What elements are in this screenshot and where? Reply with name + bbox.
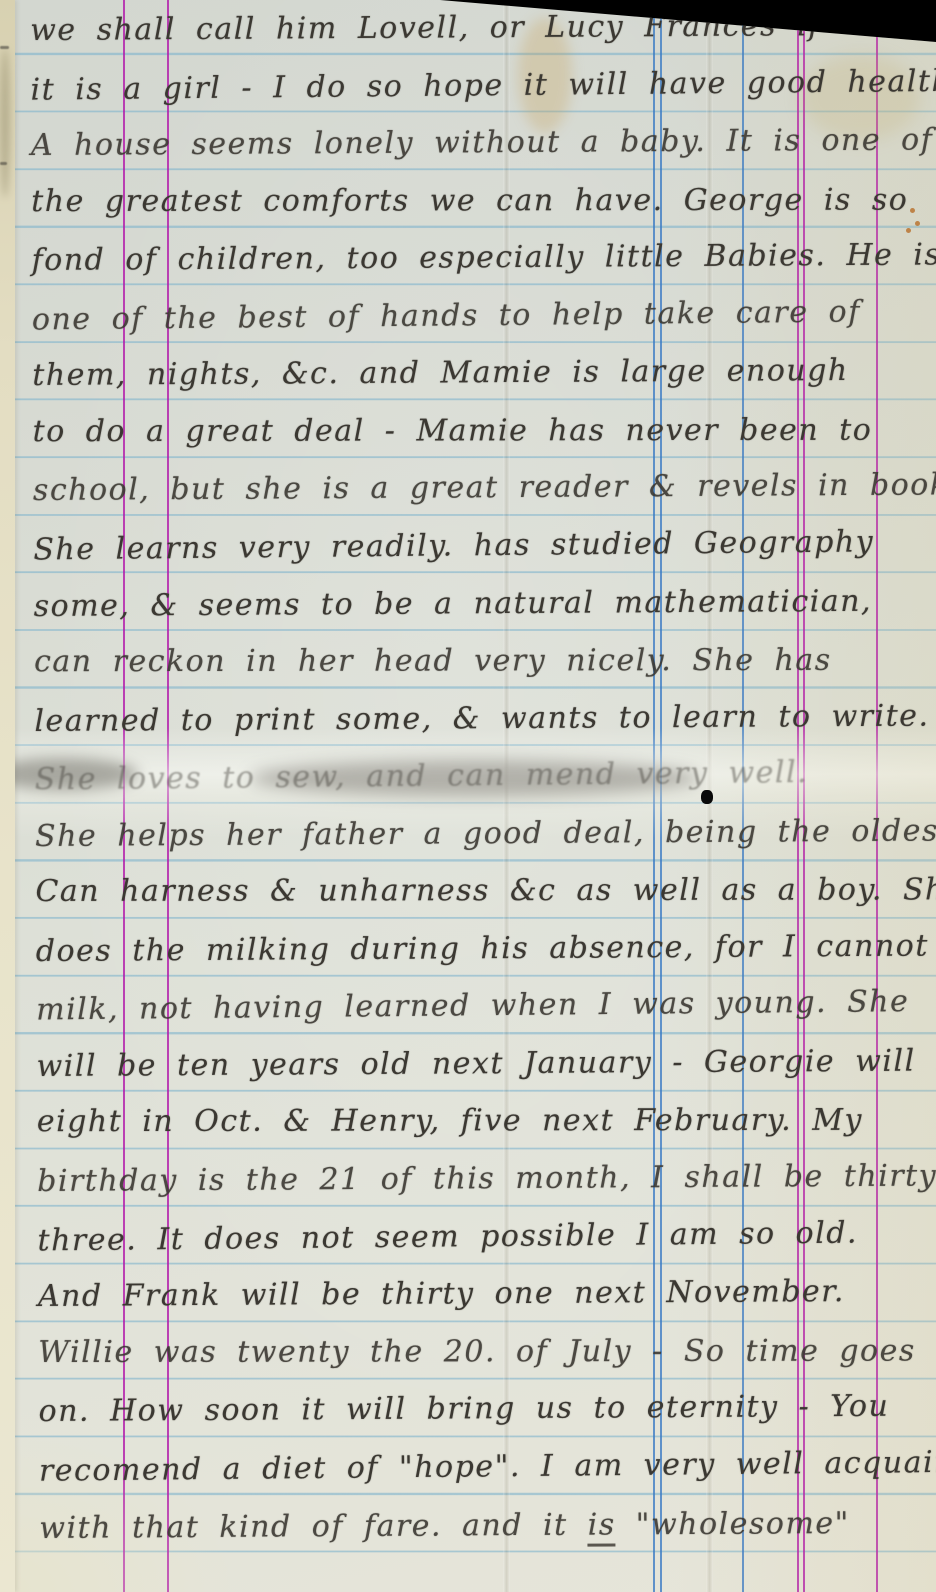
handwritten-line-9: school, but she is a great reader & reve…: [33, 469, 936, 508]
last-line-post: "wholesome": [616, 1506, 850, 1542]
handwritten-line-14: She loves to sew, and can mend very well…: [35, 756, 809, 796]
last-line-pre: with that kind of fare. and it: [39, 1508, 588, 1546]
handwritten-line-24: Willie was twenty the 20. of July - So t…: [38, 1334, 916, 1369]
handwritten-line-7: them, nights, &c. and Mamie is large eno…: [32, 354, 849, 392]
handwritten-line-11: some, & seems to be a natural mathematic…: [34, 584, 873, 622]
handwritten-line-5: fond of children, too especially little …: [31, 239, 936, 278]
handwritten-line-22: three. It does not seem possible I am so…: [37, 1216, 858, 1257]
last-line-underlined-word: is: [588, 1507, 616, 1546]
handwritten-line-3: A house seems lonely without a baby. It …: [31, 124, 934, 163]
handwritten-line-13: learned to print some, & wants to learn …: [34, 699, 929, 737]
stray-ink-mark-2: [0, 162, 7, 165]
handwritten-line-17: does the milking during his absence, for…: [36, 929, 929, 967]
handwritten-line-16: Can harness & unharness &c as well as a …: [35, 874, 936, 909]
handwritten-line-8: to do a great deal - Mamie has never bee…: [33, 414, 873, 448]
handwritten-line-23: And Frank will be thirty one next Novemb…: [38, 1275, 845, 1313]
handwritten-line-15: She helps her father a good deal, being …: [35, 814, 936, 853]
letter-paper: we shall call him Lovell, or Lucy France…: [0, 0, 936, 1592]
handwritten-line-19: will be ten years old next January - Geo…: [36, 1044, 936, 1083]
ink-blot-hole: [701, 790, 713, 804]
stray-ink-mark-1: [0, 46, 9, 49]
handwritten-line-6: one of the best of hands to help take ca…: [32, 295, 861, 336]
handwritten-line-26: recomend a diet of "hope". I am very wel…: [39, 1445, 936, 1487]
handwritten-line-18: milk, not having learned when I was youn…: [36, 985, 909, 1026]
handwritten-line-21: birthday is the 21 of this month, I shal…: [37, 1159, 936, 1197]
letter-body-text: we shall call him Lovell, or Lucy France…: [30, 0, 936, 1592]
paper-torn-edge: [0, 0, 15, 1592]
paper-edge-shadow: [0, 48, 10, 198]
handwritten-line-25: on. How soon it will bring us to eternit…: [39, 1390, 890, 1428]
handwritten-line-2: it is a girl - I do so hope it will have…: [30, 64, 936, 106]
handwritten-line-12: can reckon in her head very nicely. She …: [34, 644, 832, 678]
handwritten-line-4: the greatest comforts we can have. Georg…: [31, 183, 908, 218]
handwritten-line-27: with that kind of fare. and it is "whole…: [39, 1507, 850, 1545]
handwritten-line-1: we shall call him Lovell, or Lucy France…: [30, 9, 821, 47]
handwritten-line-10: She learns very readily. has studied Geo…: [33, 525, 874, 566]
handwritten-line-20: eight in Oct. & Henry, five next Februar…: [37, 1104, 863, 1138]
